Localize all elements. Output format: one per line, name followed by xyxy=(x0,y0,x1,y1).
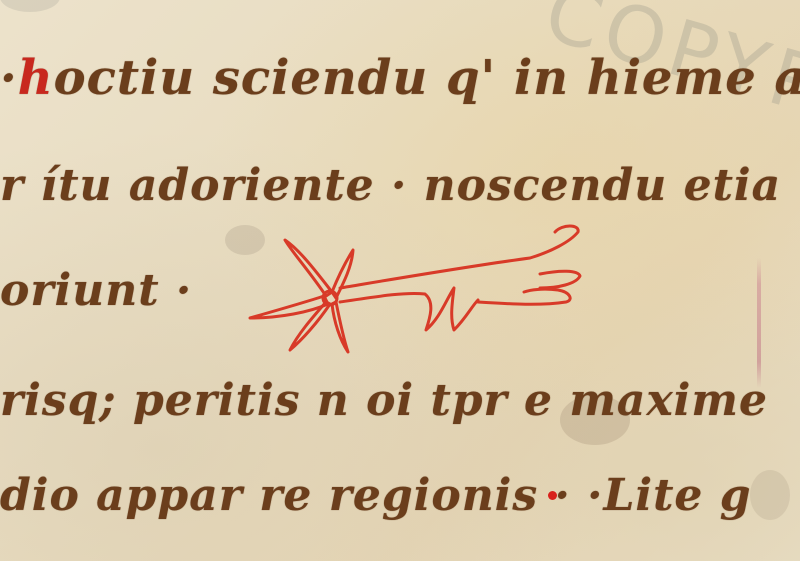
parchment-stain xyxy=(750,470,790,520)
manuscript-line-2: r ítu adoriente · noscendu etia xyxy=(0,160,781,211)
watermark-fragment xyxy=(0,0,60,12)
manuscript-line-1: ·hoctiu sciendu q' in hieme ap xyxy=(0,50,800,106)
rubric-initial: h xyxy=(18,50,54,106)
manuscript-line-5: dio appar re regionis · ·Lite g xyxy=(0,470,752,521)
manuscript-image: COPYRIGHT ·hoctiu sciendu q' in hieme ap… xyxy=(0,0,800,561)
comet-star-drawing-icon xyxy=(240,222,600,362)
manuscript-line-4: risq; peritis n oi tpr e maxime xyxy=(0,375,768,426)
manuscript-line-3: oriunt · xyxy=(0,265,192,316)
ruling-line xyxy=(757,258,761,388)
line-text: octiu sciendu q' in hieme ap xyxy=(54,50,800,106)
line-prefix: · xyxy=(0,50,18,106)
rubric-dot xyxy=(548,491,557,500)
